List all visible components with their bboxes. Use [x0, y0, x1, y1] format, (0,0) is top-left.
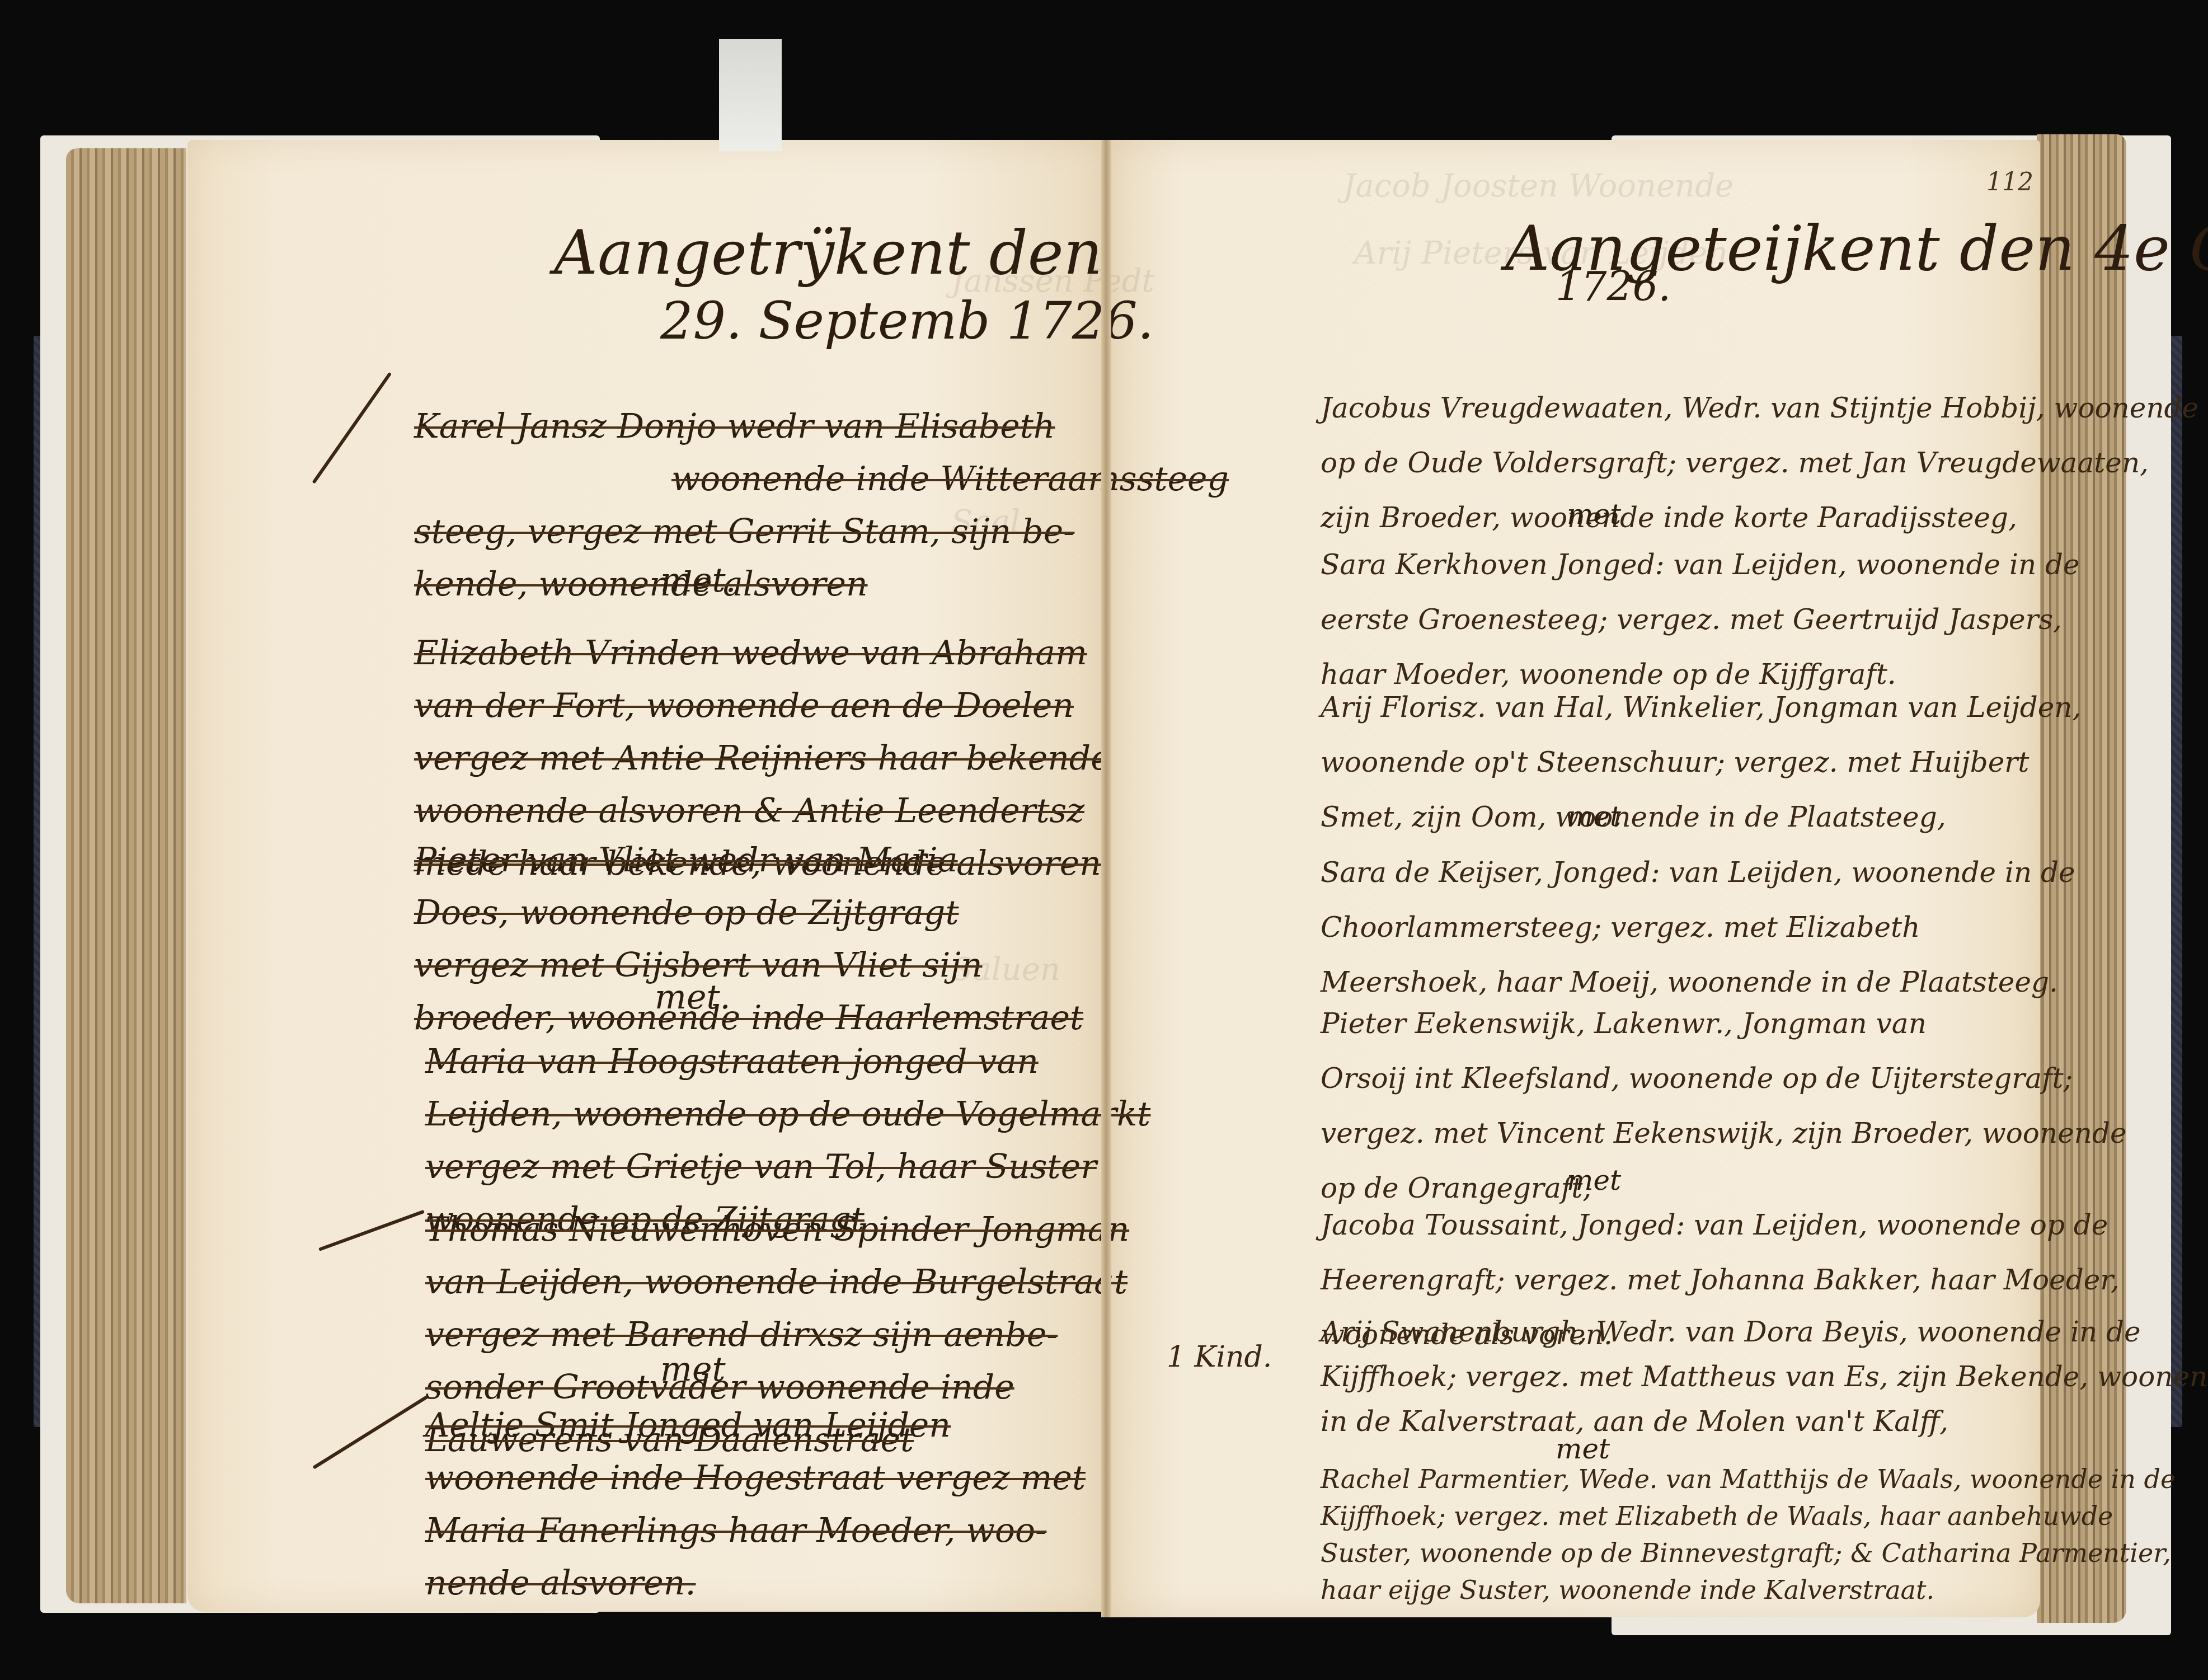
right-entry-3: Arij Florisz. van Hal, Winkelier, Jongma… — [1321, 680, 2081, 844]
right-entry-5: Pieter Eekenswijk, Lakenwr., Jongman van… — [1321, 996, 2127, 1216]
entry-line: woonende alsvoren & Antie Leendertsz — [414, 785, 1111, 837]
entry-line: Choorlammersteeg; vergez. met Elizabeth — [1321, 900, 2075, 955]
folio-number: 112 — [1986, 168, 2033, 196]
right-page-heading-date: 1726. — [1556, 263, 1671, 310]
entry-line: Thomas Nieuwenhoven Spinder Jongman — [425, 1203, 1129, 1256]
entry-line: Leijden, woonende op de oude Vogelmarkt — [425, 1088, 1150, 1141]
entry-line: Sara Kerkhoven Jonged: van Leijden, woon… — [1321, 537, 2080, 592]
entry-line: vergez met Antie Reijniers haar bekende — [414, 732, 1111, 785]
left-entry-3: Pieter van Vliet wedr van Maria Does, wo… — [414, 834, 1083, 1044]
entry-line: van Leijden, woonende inde Burgelstraat — [425, 1256, 1129, 1308]
separator-met: met. — [655, 971, 731, 1024]
right-entry-4: Sara de Keijser, Jonged: van Leijden, wo… — [1321, 845, 2075, 1010]
entry-line: Sara de Keijser, Jonged: van Leijden, wo… — [1321, 845, 2075, 900]
entry-line: vergez. met Vincent Eekenswijk, zijn Bro… — [1321, 1106, 2127, 1161]
entry-line: Heerengraft; vergez. met Johanna Bakker,… — [1321, 1252, 2120, 1307]
entry-line: Arij Florisz. van Hal, Winkelier, Jongma… — [1321, 680, 2081, 735]
entry-line: vergez met Grietje van Tol, haar Suster — [425, 1141, 1150, 1193]
entry-line: Does, woonende op de Zijtgragt — [414, 886, 1083, 939]
left-page-heading: Aangetrÿkent den — [554, 218, 1102, 288]
entry-line: Arij Swanenburgh, Wedr. van Dora Beyis, … — [1321, 1310, 2208, 1354]
left-page-heading-date: 29. Septemb 1726. — [660, 291, 1154, 351]
right-entry-8: Rachel Parmentier, Wede. van Matthijs de… — [1321, 1461, 2176, 1608]
entry-line: Orsoij int Kleefsland, woonende op de Ui… — [1321, 1051, 2127, 1106]
entry-line: Maria van Hoogstraaten jonged van — [425, 1035, 1150, 1088]
entry-line: eerste Groenesteeg; vergez. met Geertrui… — [1321, 592, 2080, 647]
book-gutter — [1101, 140, 1111, 1617]
right-entry-7: Arij Swanenburgh, Wedr. van Dora Beyis, … — [1321, 1310, 2208, 1444]
entry-line: Smet, zijn Oom, woonende in de Plaatstee… — [1321, 790, 2081, 844]
entry-line: woonende inde Hogestraat vergez met — [425, 1452, 1086, 1504]
entry-line: nende alsvoren. — [425, 1557, 1086, 1609]
bookmark-slip — [719, 39, 782, 151]
entry-line: Suster, woonende op de Binnevestgraft; &… — [1321, 1534, 2176, 1571]
entry-line: haar eijge Suster, woonende inde Kalvers… — [1321, 1571, 2176, 1608]
page-edges-left — [66, 148, 186, 1603]
entry-line: van der Fort, woonende aen de Doelen — [414, 679, 1111, 732]
right-entry-2: Sara Kerkhoven Jonged: van Leijden, woon… — [1321, 537, 2080, 702]
entry-line: op de Oude Voldersgraft; vergez. met Jan… — [1321, 435, 2198, 490]
separator-met: met — [1567, 487, 1621, 542]
entry-line: Maria Fanerlings haar Moeder, woo- — [425, 1504, 1086, 1557]
entry-line: Pieter van Vliet wedr van Maria — [414, 834, 1083, 886]
entry-line: vergez met Barend dirxsz sijn aenbe- — [425, 1308, 1129, 1361]
entry-line: Aeltje Smit Jonged van Leijden — [425, 1399, 1086, 1452]
entry-line: Jacobus Vreugdewaaten, Wedr. van Stijntj… — [1321, 381, 2198, 435]
entry-line: Jacoba Toussaint, Jonged: van Leijden, w… — [1321, 1198, 2120, 1252]
entry-line: Kijffhoek; vergez. met Elizabeth de Waal… — [1321, 1498, 2176, 1534]
entry-line: woonende op't Steenschuur; vergez. met H… — [1321, 735, 2081, 790]
margin-note: 1 Kind. — [1167, 1340, 1272, 1374]
right-entry-1: Jacobus Vreugdewaaten, Wedr. van Stijntj… — [1321, 381, 2198, 545]
show-through-text: Jacob Joosten Woonende — [1343, 168, 1733, 204]
separator-met: met. — [660, 554, 736, 607]
entry-line: Kijffhoek; vergez. met Mattheus van Es, … — [1321, 1354, 2208, 1399]
entry-line: Pieter Eekenswijk, Lakenwr., Jongman van — [1321, 996, 2127, 1051]
entry-line: vergez met Gijsbert van Vliet sijn — [414, 939, 1083, 992]
separator-met: met — [1567, 789, 1621, 844]
entry-line: Rachel Parmentier, Wede. van Matthijs de… — [1321, 1461, 2176, 1498]
entry-line: Elizabeth Vrinden wedwe van Abraham — [414, 627, 1111, 679]
entry-line: in de Kalverstraat, aan de Molen van't K… — [1321, 1399, 2208, 1444]
left-entry-6: Aeltje Smit Jonged van Leijden woonende … — [425, 1399, 1086, 1609]
separator-met: met — [660, 1343, 726, 1396]
